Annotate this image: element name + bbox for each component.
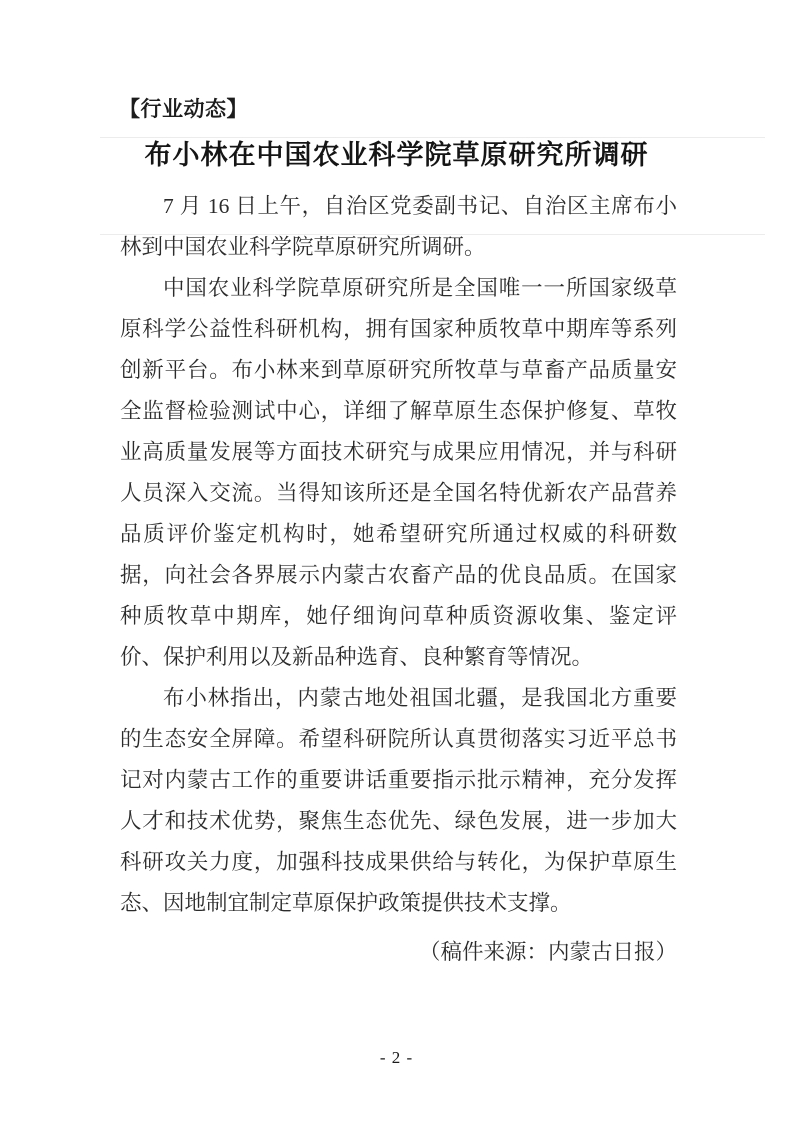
article-title: 布小林在中国农业科学院草原研究所调研 [0,136,793,174]
source-attribution: （稿件来源：内蒙古日报） [120,932,677,973]
paragraph-2: 中国农业科学院草原研究所是全国唯一一所国家级草原科学公益性科研机构，拥有国家种质… [120,268,677,678]
document-page: 【行业动态】 布小林在中国农业科学院草原研究所调研 7 月 16 日上午，自治区… [0,0,793,1122]
section-label: 【行业动态】 [119,95,248,125]
paragraph-1: 7 月 16 日上午，自治区党委副书记、自治区主席布小林到中国农业科学院草原研究… [120,186,677,268]
paragraph-3: 布小林指出，内蒙古地处祖国北疆，是我国北方重要的生态安全屏障。希望科研院所认真贯… [120,678,677,924]
page-number: - 2 - [0,1048,793,1068]
article-body: 7 月 16 日上午，自治区党委副书记、自治区主席布小林到中国农业科学院草原研究… [120,186,677,973]
